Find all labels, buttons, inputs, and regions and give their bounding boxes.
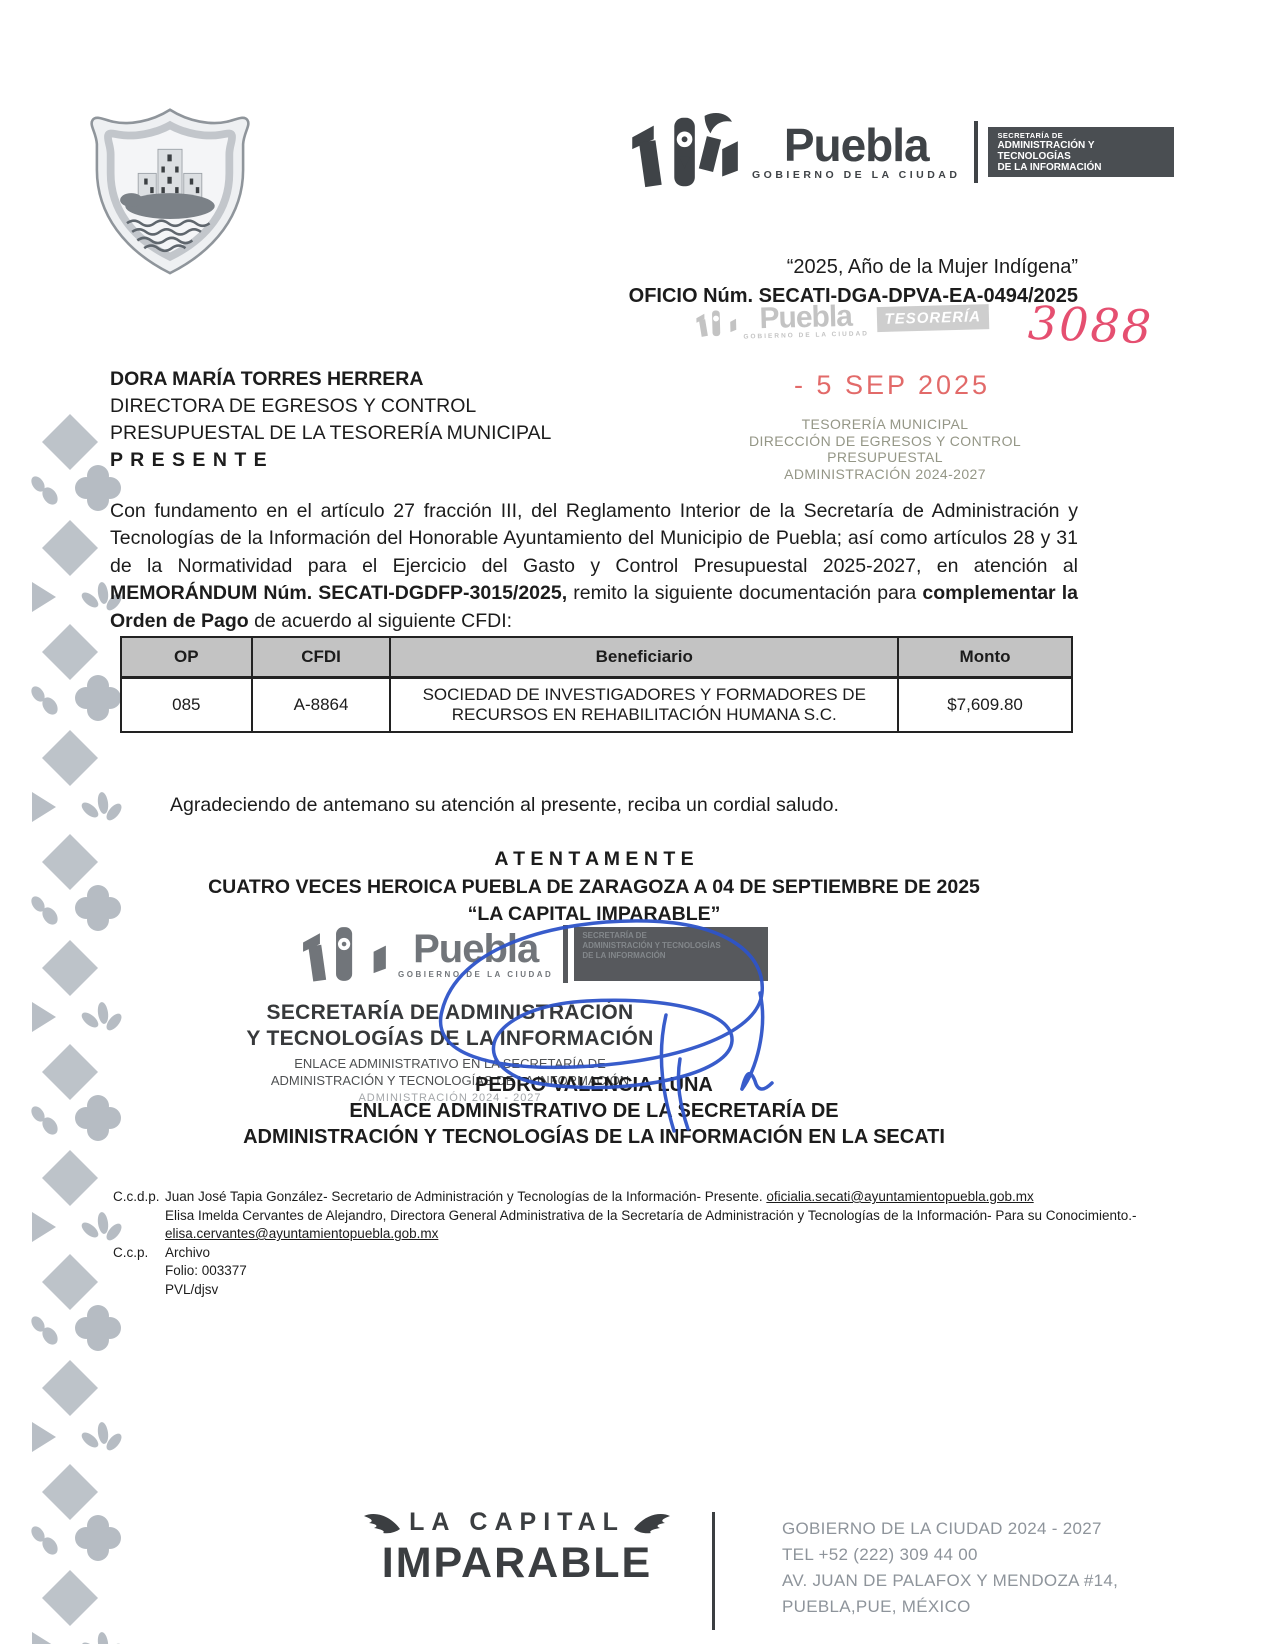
column-header-monto: Monto (898, 637, 1072, 678)
ccdp-label-spacer (113, 1207, 165, 1244)
received-date-stamp: - 5 SEP 2025 (762, 370, 1022, 401)
ccdp-entry-2: Elisa Imelda Cervantes de Alejandro, Dir… (113, 1207, 1168, 1244)
column-header-beneficiario: Beneficiario (390, 637, 898, 678)
recipient-title: PRESUPUESTAL DE LA TESORERÍA MUNICIPAL (110, 420, 551, 447)
brand-tagline: GOBIERNO DE LA CIUDAD (752, 169, 960, 181)
cell-beneficiario: SOCIEDAD DE INVESTIGADORES Y FORMADORES … (390, 678, 898, 733)
ccp-label: C.c.p. (113, 1244, 165, 1263)
ccdp-entry-text: Juan José Tapia González- Secretario de … (165, 1188, 1034, 1207)
capital-imparable-logo: LA CAPITAL IMPARABLE (352, 1508, 682, 1588)
reference-initials: PVL/djsv (165, 1281, 1168, 1300)
signer-titles: ENLACE ADMINISTRATIVO DE LA SECRETARÍA D… (110, 1098, 1078, 1150)
wing-right-icon (631, 1511, 673, 1535)
brand-wordmark: Puebla (752, 123, 960, 167)
wing-left-icon (361, 1511, 403, 1535)
recipient-title: DIRECTORA DE EGRESOS Y CONTROL (110, 393, 551, 420)
atentamente-line: A T E N T A M E N T E (110, 848, 1078, 871)
puebla-skyline-icon (695, 303, 740, 344)
footer-address-line: AV. JUAN DE PALAFOX Y MENDOZA #14, (782, 1568, 1118, 1594)
stamp-brand-tagline: GOBIERNO DE LA CIUDAD (398, 970, 553, 979)
secretaria-box-line: SECRETARÍA DE (997, 131, 1165, 140)
signer-name: PEDRO VALENCIA LUNA (110, 1072, 1078, 1098)
stamp-line: SECRETARÍA DE ADMINISTRACIÓN (230, 1000, 670, 1026)
stamp-brand: Puebla (743, 302, 869, 333)
recipient-name: DORA MARÍA TORRES HERRERA (110, 366, 551, 393)
footer-city-line: PUEBLA,PUE, MÉXICO (782, 1594, 1118, 1620)
body-text: remito la siguiente documentación para (567, 582, 922, 604)
cc-block: C.c.d.p. Juan José Tapia González- Secre… (113, 1188, 1168, 1299)
ccdp-entry-text: Elisa Imelda Cervantes de Alejandro, Dir… (165, 1207, 1168, 1244)
city-date-line: CUATRO VECES HEROICA PUEBLA DE ZARAGOZA … (110, 876, 1078, 899)
column-header-cfdi: CFDI (252, 637, 391, 678)
ccdp-entry-2-text: Elisa Imelda Cervantes de Alejandro, Dir… (165, 1208, 1137, 1223)
capital-text: LA CAPITAL (409, 1508, 625, 1537)
stamp-box-line: SECRETARÍA DE (582, 931, 760, 941)
ccdp-label: C.c.d.p. (113, 1188, 165, 1207)
closing-courtesy-line: Agradeciendo de antemano su atención al … (170, 794, 839, 817)
tesoreria-label: TESORERÍA (876, 304, 989, 332)
stamp-brand-wordmark: Puebla (398, 930, 553, 968)
cell-op: 085 (121, 678, 252, 733)
year-quote: “2025, Año de la Mujer Indígena” (400, 256, 1078, 279)
folio-line: Folio: 003377 (165, 1262, 1168, 1281)
stamp-line: ENLACE ADMINISTRATIVO EN LA SECRETARÍA D… (230, 1055, 670, 1072)
puebla-skyline-icon (628, 108, 746, 196)
header-logo: Puebla GOBIERNO DE LA CIUDAD SECRETARÍA … (628, 108, 1174, 196)
stamp-box-line: DE LA INFORMACIÓN (582, 951, 760, 961)
header-logo-divider (974, 121, 978, 183)
ccdp-entry-1: C.c.d.p. Juan José Tapia González- Secre… (113, 1188, 1168, 1207)
body-text: Con fundamento en el artículo 27 fracció… (110, 500, 1078, 577)
ccdp-entry-1-text: Juan José Tapia González- Secretario de … (165, 1189, 766, 1204)
ccp-value: Archivo (165, 1244, 210, 1263)
memorandum-number: MEMORÁNDUM Núm. SECATI-DGDFP-3015/2025, (110, 582, 567, 604)
footer-phone-line: TEL +52 (222) 309 44 00 (782, 1542, 1118, 1568)
stamp-secretaria-box: SECRETARÍA DE ADMINISTRACIÓN Y TECNOLOGÍ… (574, 927, 768, 981)
signer-title-line: ADMINISTRACIÓN Y TECNOLOGÍAS DE LA INFOR… (110, 1124, 1078, 1150)
signer-title-line: ENLACE ADMINISTRATIVO DE LA SECRETARÍA D… (110, 1098, 1078, 1124)
signature-ink-stamp-logo: Puebla GOBIERNO DE LA CIUDAD SECRETARÍA … (300, 918, 768, 990)
body-paragraph: Con fundamento en el artículo 27 fracció… (110, 498, 1078, 636)
column-header-op: OP (121, 637, 252, 678)
puebla-coat-of-arms (84, 102, 256, 280)
footer-contact-block: GOBIERNO DE LA CIUDAD 2024 - 2027 TEL +5… (782, 1516, 1118, 1620)
ccdp-entry-2-email-link[interactable]: elisa.cervantes@ayuntamientopuebla.gob.m… (165, 1226, 438, 1241)
stamp-line: PRESUPUESTAL (700, 449, 1070, 466)
recipient-block: DORA MARÍA TORRES HERRERA DIRECTORA DE E… (110, 366, 551, 474)
stamp-box-line: ADMINISTRACIÓN Y TECNOLOGÍAS (582, 941, 760, 951)
stamp-line: Y TECNOLOGÍAS DE LA INFORMACIÓN (230, 1026, 670, 1052)
stamp-secretaria-lines: SECRETARÍA DE ADMINISTRACIÓN Y TECNOLOGÍ… (230, 1000, 670, 1052)
puebla-skyline-icon (300, 918, 392, 990)
imparable-text: IMPARABLE (352, 1539, 682, 1588)
cell-cfdi: A-8864 (252, 678, 391, 733)
scanned-oficio-document: Puebla GOBIERNO DE LA CIUDAD SECRETARÍA … (0, 0, 1268, 1648)
footer-divider (712, 1512, 715, 1630)
recipient-salutation: P R E S E N T E (110, 447, 551, 474)
secretaria-box-line: ADMINISTRACIÓN Y TECNOLOGÍAS (997, 140, 1165, 162)
cell-monto: $7,609.80 (898, 678, 1072, 733)
talavera-border-pattern (22, 412, 122, 1644)
table-row: 085 A-8864 SOCIEDAD DE INVESTIGADORES Y … (121, 678, 1072, 733)
ccp-entry: C.c.p. Archivo (113, 1244, 1168, 1263)
stamp-line: TESORERÍA MUNICIPAL (700, 416, 1070, 433)
tesoreria-reception-stamp: Puebla GOBIERNO DE LA CIUDAD TESORERÍA (695, 296, 990, 344)
payment-table: OP CFDI Beneficiario Monto 085 A-8864 SO… (120, 636, 1073, 733)
table-header-row: OP CFDI Beneficiario Monto (121, 637, 1072, 678)
direccion-egresos-stamp: TESORERÍA MUNICIPAL DIRECCIÓN DE EGRESOS… (700, 416, 1070, 482)
handwritten-folio: 3088 (1027, 296, 1154, 354)
stamp-logo-divider (563, 925, 568, 983)
body-text: de acuerdo al siguiente CFDI: (249, 610, 512, 632)
secretaria-box: SECRETARÍA DE ADMINISTRACIÓN Y TECNOLOGÍ… (988, 127, 1174, 177)
stamp-line: DIRECCIÓN DE EGRESOS Y CONTROL (700, 433, 1070, 450)
footer-government-line: GOBIERNO DE LA CIUDAD 2024 - 2027 (782, 1516, 1118, 1542)
secretaria-box-line: DE LA INFORMACIÓN (997, 162, 1165, 173)
ccdp-entry-1-email-link[interactable]: oficialia.secati@ayuntamientopuebla.gob.… (766, 1189, 1033, 1204)
stamp-line: ADMINISTRACIÓN 2024-2027 (700, 466, 1070, 483)
